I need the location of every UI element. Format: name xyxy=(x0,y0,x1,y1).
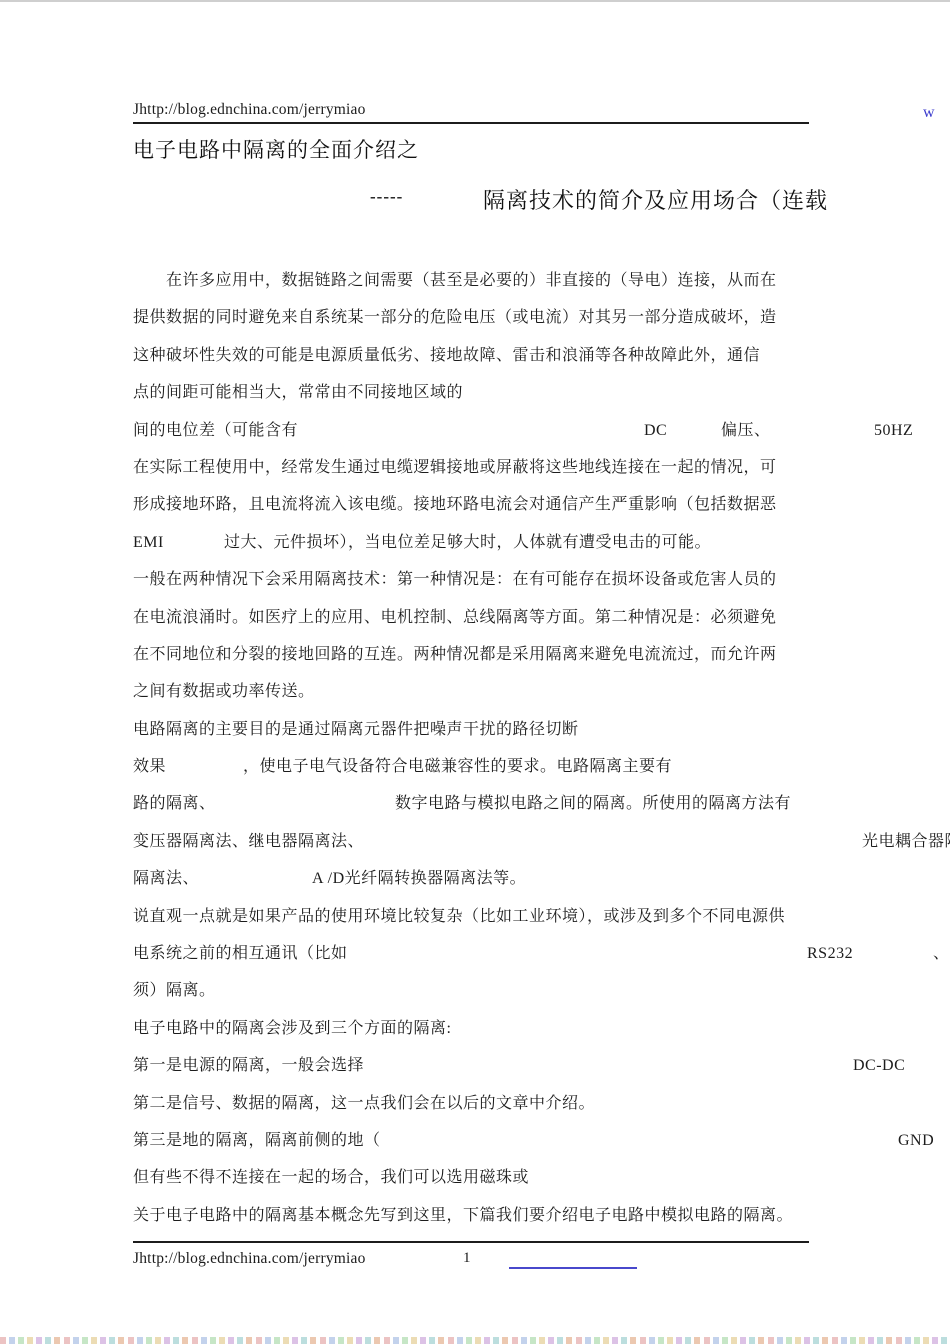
body-text-segment: 但有些不得不连接在一起的场合，我们可以选用磁珠或 xyxy=(133,1159,529,1196)
body-line: 点的间距可能相当大，常常由不同接地区域的 xyxy=(133,374,950,411)
body-line: 电子电路中的隔离会涉及到三个方面的隔离: xyxy=(133,1010,950,1047)
body-text-segment: 第二是信号、数据的隔离，这一点我们会在以后的文章中介绍。 xyxy=(133,1085,595,1122)
bottom-color-strip xyxy=(0,1337,950,1344)
page-number: 1 xyxy=(463,1250,471,1267)
body-line: 电路隔离的主要目的是通过隔离元器件把噪声干扰的路径切断 xyxy=(133,711,950,748)
footer-blog-url[interactable]: Jhttp://blog.ednchina.com/jerrymiao xyxy=(133,1250,366,1268)
body-text-segment: 电系统之前的相互通讯（比如 xyxy=(133,935,348,972)
body-text-segment: 第三是地的隔离，隔离前侧的地（ xyxy=(133,1122,381,1159)
body-text-segment: 光电耦合器隔 xyxy=(862,823,950,860)
body-text-segment: 电路隔离的主要目的是通过隔离元器件把噪声干扰的路径切断 xyxy=(133,711,579,748)
header-blog-url[interactable]: Jhttp://blog.ednchina.com/jerrymiao xyxy=(133,101,366,118)
body-text-segment: 这种破坏性失效的可能是电源质量低劣、接地故障、雷击和浪涌等各种故障此外，通信 xyxy=(133,337,760,374)
body-text-segment: 变压器隔离法、继电器隔离法、 xyxy=(133,823,364,860)
body-line: 这种破坏性失效的可能是电源质量低劣、接地故障、雷击和浪涌等各种故障此外，通信 xyxy=(133,337,950,374)
body-line: 在许多应用中，数据链路之间需要（甚至是必要的）非直接的（导电）连接，从而在 xyxy=(133,262,950,299)
body-line: 在实际工程使用中，经常发生通过电缆逻辑接地或屏蔽将这些地线连接在一起的情况，可 xyxy=(133,449,950,486)
body-line: 第三是地的隔离，隔离前侧的地（ GND xyxy=(133,1122,950,1159)
body-text-segment: EMI xyxy=(133,524,164,561)
body-text-segment: A /D光纤隔转换器隔离法等。 xyxy=(312,860,526,897)
body-line: EMI 过大、元件损坏），当电位差足够大时，人体就有遭受电击的可能。 xyxy=(133,524,950,561)
body-text-segment: GND xyxy=(898,1122,934,1159)
page-header: Jhttp://blog.ednchina.com/jerrymiao xyxy=(133,101,809,124)
body-line: 间的电位差（可能含有 DC 偏压、 50HZ xyxy=(133,412,950,449)
body-line: 隔离法、 A /D光纤隔转换器隔离法等。 xyxy=(133,860,950,897)
body-line: 之间有数据或功率传送。 xyxy=(133,673,950,710)
body-text-segment: 第一是电源的隔离，一般会选择 xyxy=(133,1047,364,1084)
body-line: 提供数据的同时避免来自系统某一部分的危险电压（或电流）对其另一部分造成破坏，造 xyxy=(133,299,950,336)
body-text-segment: 间的电位差（可能含有 xyxy=(133,412,298,449)
document-subtitle: ----- 隔离技术的简介及应用场合（连载 xyxy=(133,184,950,216)
body-text-segment: 在许多应用中，数据链路之间需要（甚至是必要的）非直接的（导电）连接，从而在 xyxy=(166,262,777,299)
document-body: 在许多应用中，数据链路之间需要（甚至是必要的）非直接的（导电）连接，从而在 提供… xyxy=(133,262,950,1234)
body-line: 在电流浪涌时。如医疗上的应用、电机控制、总线隔离等方面。第二种情况是：必须避免 xyxy=(133,599,950,636)
body-text-segment: 点的间距可能相当大，常常由不同接地区域的 xyxy=(133,374,463,411)
body-line: 须）隔离。 xyxy=(133,972,950,1009)
body-line: 变压器隔离法、继电器隔离法、 光电耦合器隔 xyxy=(133,823,950,860)
body-line: 电系统之前的相互通讯（比如 RS232 、 xyxy=(133,935,950,972)
body-text-segment: 偏压、 xyxy=(721,412,771,449)
body-text-segment: 一般在两种情况下会采用隔离技术：第一种情况是：在有可能存在损坏设备或危害人员的 xyxy=(133,561,777,598)
body-line: 一般在两种情况下会采用隔离技术：第一种情况是：在有可能存在损坏设备或危害人员的 xyxy=(133,561,950,598)
body-line: 第二是信号、数据的隔离，这一点我们会在以后的文章中介绍。 xyxy=(133,1085,950,1122)
body-line: 说直观一点就是如果产品的使用环境比较复杂（比如工业环境），或涉及到多个不同电源供 xyxy=(133,898,950,935)
body-text-segment: 提供数据的同时避免来自系统某一部分的危险电压（或电流）对其另一部分造成破坏，造 xyxy=(133,299,777,336)
body-text-segment: 过大、元件损坏），当电位差足够大时，人体就有遭受电击的可能。 xyxy=(224,524,711,561)
body-line: 第一是电源的隔离，一般会选择 DC-DC xyxy=(133,1047,950,1084)
body-text-segment: 、 xyxy=(933,935,950,972)
body-text-segment: 须）隔离。 xyxy=(133,972,216,1009)
body-text-segment: 电子电路中的隔离会涉及到三个方面的隔离: xyxy=(133,1010,451,1047)
body-text-segment: 数字电路与模拟电路之间的隔离。所使用的隔离方法有 xyxy=(395,785,791,822)
body-text-segment: DC xyxy=(644,412,667,449)
body-line: 形成接地环路，且电流将流入该电缆。接地环路电流会对通信产生严重影响（包括数据恶 xyxy=(133,486,950,523)
body-text-segment: 在实际工程使用中，经常发生通过电缆逻辑接地或屏蔽将这些地线连接在一起的情况，可 xyxy=(133,449,777,486)
body-line: 在不同地位和分裂的接地回路的互连。两种情况都是采用隔离来避免电流流过，而允许两 xyxy=(133,636,950,673)
body-text-segment: 隔离法、 xyxy=(133,860,199,897)
body-text-segment: 在电流浪涌时。如医疗上的应用、电机控制、总线隔离等方面。第二种情况是：必须避免 xyxy=(133,599,777,636)
body-text-segment: 在不同地位和分裂的接地回路的互连。两种情况都是采用隔离来避免电流流过，而允许两 xyxy=(133,636,777,673)
body-text-segment: 路的隔离、 xyxy=(133,785,216,822)
body-text-segment: 说直观一点就是如果产品的使用环境比较复杂（比如工业环境），或涉及到多个不同电源供 xyxy=(133,898,785,935)
body-text-segment: ，使电子电气设备符合电磁兼容性的要求。电路隔离主要有 xyxy=(243,748,672,785)
body-text-segment: 关于电子电路中的隔离基本概念先写到这里，下篇我们要介绍电子电路中模拟电路的隔离。 xyxy=(133,1197,793,1234)
body-line: 效果 ，使电子电气设备符合电磁兼容性的要求。电路隔离主要有 xyxy=(133,748,950,785)
page-top-edge-line xyxy=(0,0,950,2)
body-text-segment: 50HZ xyxy=(874,412,913,449)
page-footer: Jhttp://blog.ednchina.com/jerrymiao 1 xyxy=(133,1241,809,1283)
body-text-segment: 形成接地环路，且电流将流入该电缆。接地环路电流会对通信产生严重影响（包括数据恶 xyxy=(133,486,777,523)
document-title: 电子电路中隔离的全面介绍之 xyxy=(133,134,419,164)
header-right-partial-link[interactable]: w xyxy=(923,104,935,122)
subtitle-dashes: ----- xyxy=(370,187,403,207)
body-line: 但有些不得不连接在一起的场合，我们可以选用磁珠或 xyxy=(133,1159,950,1196)
footer-link-underline[interactable] xyxy=(509,1267,637,1269)
body-text-segment: 之间有数据或功率传送。 xyxy=(133,673,315,710)
subtitle-text: 隔离技术的简介及应用场合（连载 xyxy=(483,184,828,215)
body-text-segment: DC-DC xyxy=(853,1047,905,1084)
body-line: 关于电子电路中的隔离基本概念先写到这里，下篇我们要介绍电子电路中模拟电路的隔离。 xyxy=(133,1197,950,1234)
document-page: { "colors": { "link_blue": "#3c3ccd", "f… xyxy=(0,0,950,1344)
body-line: 路的隔离、 数字电路与模拟电路之间的隔离。所使用的隔离方法有 xyxy=(133,785,950,822)
body-text-segment: RS232 xyxy=(807,935,853,972)
body-text-segment: 效果 xyxy=(133,748,166,785)
